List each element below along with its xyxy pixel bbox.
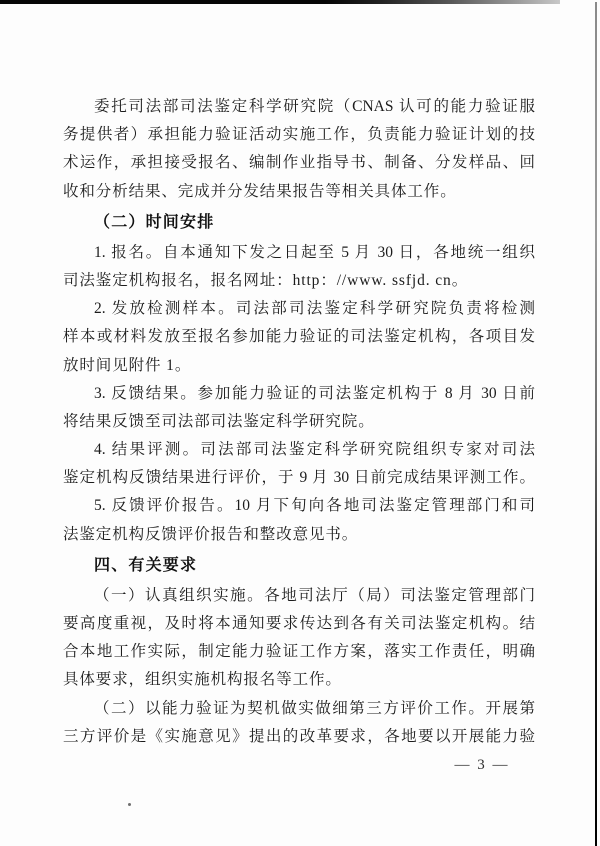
text-line: 放时间见附件 1。 (63, 352, 535, 380)
text-line-url: 司法鉴定机构报名，报名网址：http：//www. ssfjd. cn。 (63, 267, 535, 295)
text-line: 3. 反馈结果。参加能力验证的司法鉴定机构于 8 月 30 日前 (63, 380, 535, 408)
text-line: （一）认真组织实施。各地司法厅（局）司法鉴定管理部门 (63, 582, 535, 610)
document-page: 委托司法部司法鉴定科学研究院（CNAS 认可的能力验证服 务提供者）承担能力验证… (0, 0, 600, 846)
text-line: 收和分析结果、完成并分发结果报告等相关具体工作。 (63, 178, 535, 206)
heading-time-schedule: （二）时间安排 (63, 206, 535, 239)
text-line: 三方评价是《实施意见》提出的改革要求，各地要以开展能力验 (63, 723, 535, 751)
scan-edge-top (0, 0, 560, 4)
page-number: — 3 — (444, 755, 520, 775)
text-line: 委托司法部司法鉴定科学研究院（CNAS 认可的能力验证服 (63, 93, 535, 121)
scan-edge-right (595, 2, 597, 846)
text-line: 法鉴定机构反馈评价报告和整改意见书。 (63, 521, 535, 549)
text-line: 要高度重视，及时将本通知要求传达到各有关司法鉴定机构。结 (63, 610, 535, 638)
text-line: 术运作，承担接受报名、编制作业指导书、制备、分发样品、回 (63, 149, 535, 177)
heading-requirements: 四、有关要求 (63, 549, 535, 582)
text-line: 将结果反馈至司法部司法鉴定科学研究院。 (63, 408, 535, 436)
text-line: 务提供者）承担能力验证活动实施工作，负责能力验证计划的技 (63, 121, 535, 149)
text-line: 合本地工作实际，制定能力验证工作方案，落实工作责任，明确 (63, 638, 535, 666)
scan-speck (128, 803, 131, 806)
document-body: 委托司法部司法鉴定科学研究院（CNAS 认可的能力验证服 务提供者）承担能力验证… (63, 93, 535, 751)
text-line: 具体要求，组织实施机构报名等工作。 (63, 666, 535, 694)
text-line: 1. 报名。自本通知下发之日起至 5 月 30 日，各地统一组织 (63, 239, 535, 267)
text-line: 鉴定机构反馈结果进行评价，于 9 月 30 日前完成结果评测工作。 (63, 464, 535, 492)
text-line: 5. 反馈评价报告。10 月下旬向各地司法鉴定管理部门和司 (63, 492, 535, 520)
text-line: （二）以能力验证为契机做实做细第三方评价工作。开展第 (63, 695, 535, 723)
text-line: 4. 结果评测。司法部司法鉴定科学研究院组织专家对司法 (63, 436, 535, 464)
text-line: 2. 发放检测样本。司法部司法鉴定科学研究院负责将检测 (63, 295, 535, 323)
text-line: 样本或材料发放至报名参加能力验证的司法鉴定机构，各项目发 (63, 323, 535, 351)
